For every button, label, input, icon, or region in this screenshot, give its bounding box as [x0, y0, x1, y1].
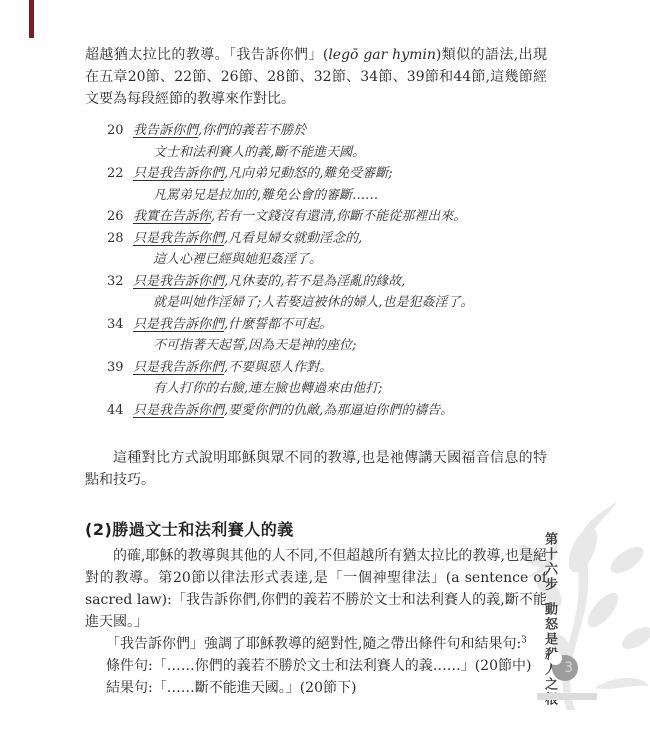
verse-lead-underlined: 我告訴你們	[133, 123, 198, 138]
corner-accent-bar	[29, 0, 34, 38]
verse-lead-underlined: 只是我告訴你們	[133, 317, 224, 332]
verse-item-39: 39 只是我告訴你們,不要與惡人作對。 有人打你的右臉,連左臉也轉過來由他打;	[85, 357, 547, 400]
verse-item-22: 22 只是我告訴你們,凡向弟兄動怒的,難免受審斷; 凡罵弟兄是拉加的,難免公會的…	[85, 163, 547, 206]
page-content: 超越猶太拉比的教導。「我告訴你們」(legō gar hymin)類似的語法,出…	[85, 44, 547, 699]
verse-number: 32	[107, 271, 124, 293]
page-number-badge: 3	[552, 655, 578, 681]
summary-paragraph: 這種對比方式說明耶穌與眾不同的教導,也是祂傳講天國福音信息的特點和技巧。	[85, 447, 547, 491]
verse-item-44: 44 只是我告訴你們,要愛你們的仇敵,為那逼迫你們的禱告。	[85, 400, 547, 422]
emphasis-paragraph: 「我告訴你們」強調了耶穌教導的絕對性,隨之帶出條件句和結果句:3	[85, 633, 547, 655]
section-paragraph: 的確,耶穌的教導與其他的人不同,不但超越所有猶太拉比的教導,也是絕對的教導。第2…	[85, 545, 547, 633]
verse-text: ,不要與惡人作對。	[224, 360, 332, 375]
verse-number: 39	[107, 357, 124, 379]
scripture-verse-list: 20 我告訴你們,你們的義若不勝於 文士和法利賽人的義,斷不能進天國。 22 只…	[85, 120, 547, 421]
verse-continuation: 就是叫她作淫婦了;人若娶這被休的婦人,也是犯姦淫了。	[153, 292, 547, 314]
section-heading: (2)勝過文士和法利賽人的義	[85, 517, 547, 540]
verse-continuation: 有人打你的右臉,連左臉也轉過來由他打;	[153, 378, 547, 400]
verse-text: ,凡休妻的,若不是為淫亂的緣故,	[224, 274, 405, 289]
page-number: 3	[564, 659, 573, 677]
verse-number: 26	[107, 206, 124, 228]
verse-number: 34	[107, 314, 124, 336]
verse-number: 22	[107, 163, 124, 185]
verse-number: 20	[107, 120, 124, 142]
verse-text: ,要愛你們的仇敵,為那逼迫你們的禱告。	[224, 403, 453, 418]
footnote-marker: 3	[521, 635, 527, 645]
result-clause-line: 結果句:「……斷不能進天國。」(20節下)	[85, 677, 547, 699]
verse-lead-underlined: 只是我告訴你們	[133, 403, 224, 418]
verse-lead-underlined: 只是我告訴你們	[133, 274, 224, 289]
verse-number: 44	[107, 400, 124, 422]
verse-text: ,凡看見婦女就動淫念的,	[224, 231, 362, 246]
footer-gray-bar	[537, 693, 597, 700]
chapter-side-caption: 第十六步動怒是殺人之根	[540, 532, 559, 707]
condition-clause-line: 條件句:「……你們的義若不勝於文士和法利賽人的義……」(20節中)	[85, 655, 547, 677]
verse-item-26: 26 我實在告訴你,若有一文錢沒有還清,你斷不能從那裡出來。	[85, 206, 547, 228]
intro-paragraph: 超越猶太拉比的教導。「我告訴你們」(legō gar hymin)類似的語法,出…	[85, 44, 547, 110]
verse-lead-underlined: 我實在告訴你	[133, 209, 211, 224]
verse-item-34: 34 只是我告訴你們,什麼誓都不可起。 不可指著天起誓,因為天是神的座位;	[85, 314, 547, 357]
verse-text: ,什麼誓都不可起。	[224, 317, 332, 332]
intro-text-pre: 超越猶太拉比的教導。「我告訴你們」(	[85, 47, 328, 63]
verse-text: ,凡向弟兄動怒的,難免受審斷;	[224, 166, 393, 181]
verse-item-20: 20 我告訴你們,你們的義若不勝於 文士和法利賽人的義,斷不能進天國。	[85, 120, 547, 163]
verse-lead-underlined: 只是我告訴你們	[133, 231, 224, 246]
verse-lead-underlined: 只是我告訴你們	[133, 166, 224, 181]
emphasis-text: 「我告訴你們」強調了耶穌教導的絕對性,隨之帶出條件句和結果句:	[106, 636, 521, 652]
verse-lead-underlined: 只是我告訴你們	[133, 360, 224, 375]
book-page: 超越猶太拉比的教導。「我告訴你們」(legō gar hymin)類似的語法,出…	[0, 0, 650, 750]
verse-item-32: 32 只是我告訴你們,凡休妻的,若不是為淫亂的緣故, 就是叫她作淫婦了;人若娶這…	[85, 271, 547, 314]
verse-continuation: 凡罵弟兄是拉加的,難免公會的審斷……	[153, 185, 547, 207]
verse-number: 28	[107, 228, 124, 250]
verse-continuation: 這人心裡已經與她犯姦淫了。	[153, 249, 547, 271]
verse-text: ,你們的義若不勝於	[198, 123, 306, 138]
chapter-step-label: 第十六步	[542, 532, 557, 592]
verse-continuation: 不可指著天起誓,因為天是神的座位;	[153, 335, 547, 357]
verse-text: ,若有一文錢沒有還清,你斷不能從那裡出來。	[211, 209, 466, 224]
intro-greek-transliteration: legō gar hymin	[328, 47, 436, 63]
verse-item-28: 28 只是我告訴你們,凡看見婦女就動淫念的, 這人心裡已經與她犯姦淫了。	[85, 228, 547, 271]
verse-continuation: 文士和法利賽人的義,斷不能進天國。	[153, 142, 547, 164]
